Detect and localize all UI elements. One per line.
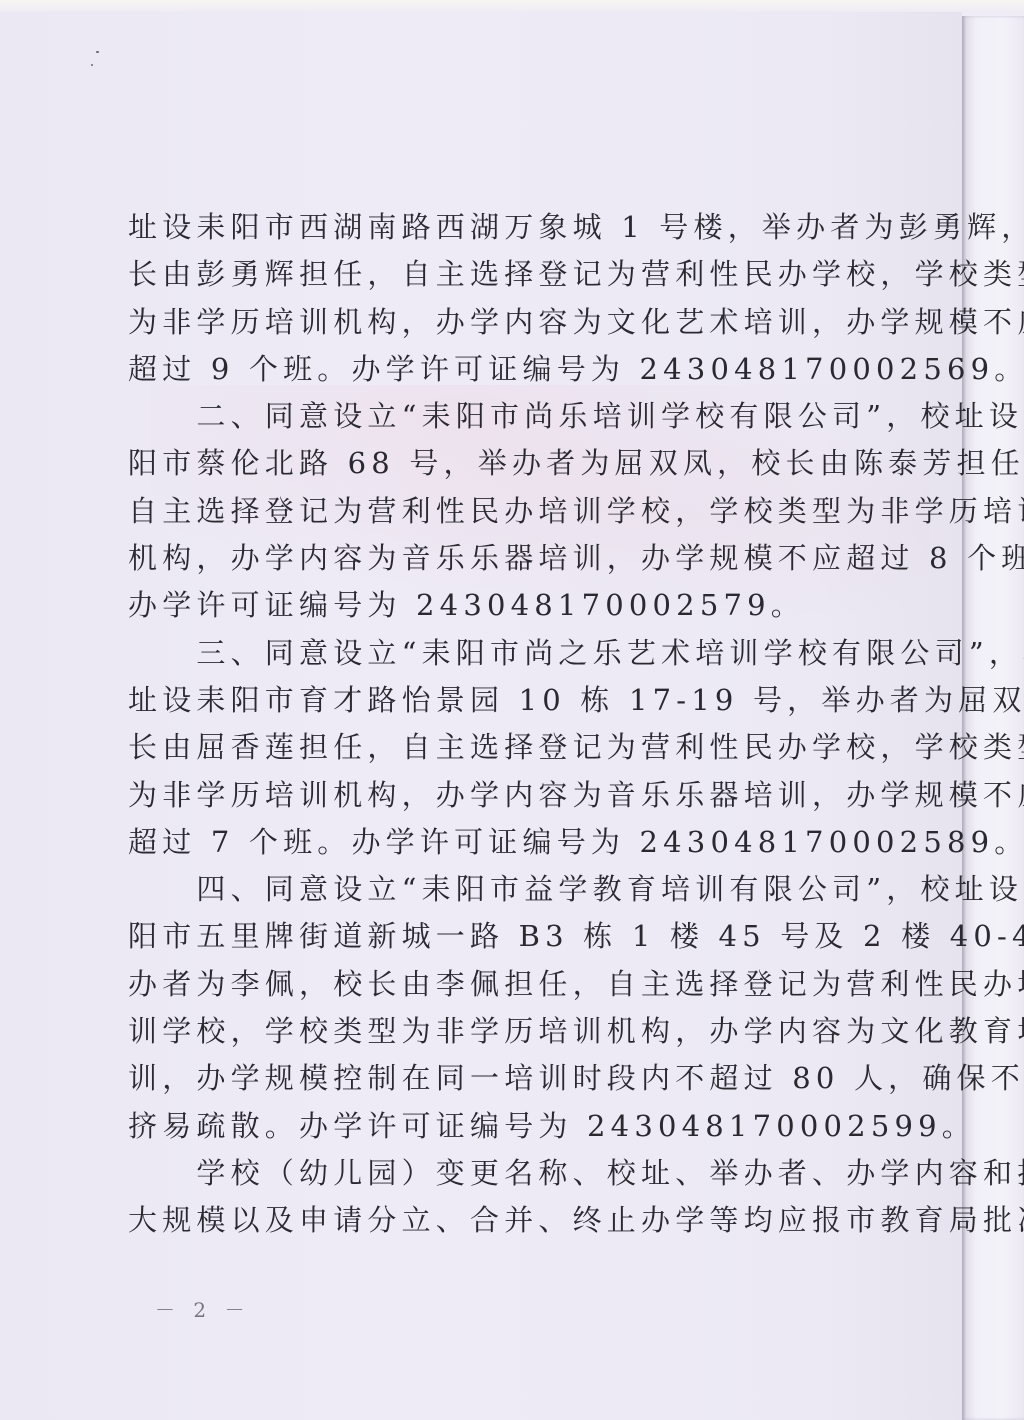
text-line: 阳市五里牌街道新城一路 B3 栋 1 楼 45 号及 2 楼 40-48 号，举	[128, 913, 868, 960]
text-line: 办学许可证编号为 243048170002579。	[128, 582, 868, 629]
text-line: 训学校，学校类型为非学历培训机构，办学内容为文化教育培	[128, 1008, 868, 1055]
text-line: 办者为李佩，校长由李佩担任，自主选择登记为营利性民办培	[128, 961, 868, 1008]
scan-top-edge	[0, 0, 1024, 12]
text-line: 超过 7 个班。办学许可证编号为 243048170002589。	[128, 819, 868, 866]
text-line: 超过 9 个班。办学许可证编号为 243048170002569。	[128, 346, 868, 393]
text-line: 为非学历培训机构，办学内容为文化艺术培训，办学规模不应	[128, 299, 868, 346]
text-line: 训，办学规模控制在同一培训时段内不超过 80 人，确保不拥	[128, 1055, 868, 1102]
paragraph-2-start: 二、同意设立“耒阳市尚乐培训学校有限公司”，校址设耒	[128, 393, 868, 440]
text-line: 阳市蔡伦北路 68 号，举办者为屈双凤，校长由陈泰芳担任，	[128, 440, 868, 487]
scan-speck	[96, 51, 99, 53]
text-line: 挤易疏散。办学许可证编号为 243048170002599。	[128, 1103, 868, 1150]
document-body: 址设耒阳市西湖南路西湖万象城 1 号楼，举办者为彭勇辉，校 长由彭勇辉担任，自主…	[128, 204, 868, 1245]
page-number: － 2 －	[155, 1294, 250, 1323]
text-line: 机构，办学内容为音乐乐器培训，办学规模不应超过 8 个班。	[128, 535, 868, 582]
text-line: 为非学历培训机构，办学内容为音乐乐器培训，办学规模不应	[128, 772, 868, 819]
text-line: 大规模以及申请分立、合并、终止办学等均应报市教育局批准，	[128, 1197, 868, 1244]
paragraph-4-start: 四、同意设立“耒阳市益学教育培训有限公司”，校址设耒	[128, 866, 868, 913]
scan-speck	[91, 64, 93, 66]
paragraph-3-start: 三、同意设立“耒阳市尚之乐艺术培训学校有限公司”，校	[128, 630, 868, 677]
text-line: 长由彭勇辉担任，自主选择登记为营利性民办学校，学校类型	[128, 251, 868, 298]
text-line: 自主选择登记为营利性民办培训学校，学校类型为非学历培训	[128, 488, 868, 535]
text-line: 长由屈香莲担任，自主选择登记为营利性民办学校，学校类型	[128, 724, 868, 771]
text-line: 址设耒阳市育才路怡景园 10 栋 17-19 号，举办者为屈双凤，校	[128, 677, 868, 724]
text-line: 址设耒阳市西湖南路西湖万象城 1 号楼，举办者为彭勇辉，校	[128, 204, 868, 251]
paragraph-5-start: 学校（幼儿园）变更名称、校址、举办者、办学内容和扩	[128, 1150, 868, 1197]
